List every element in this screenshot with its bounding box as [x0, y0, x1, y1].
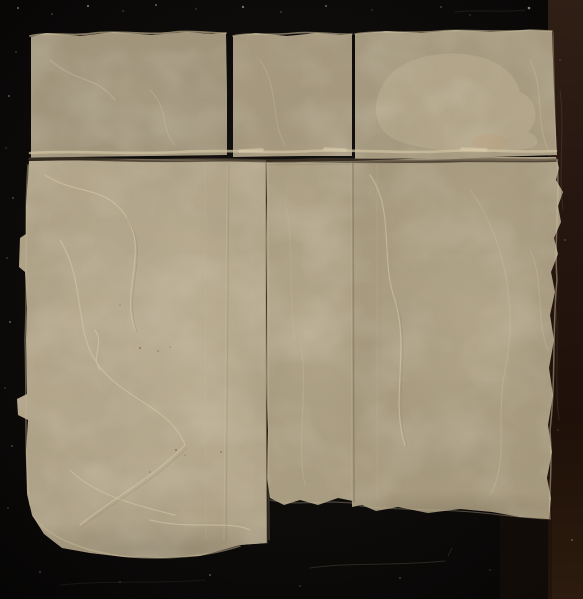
scanner-noise [0, 0, 583, 599]
scanner-artifacts [0, 0, 583, 599]
scanned-photo: Six torn pieces of tan vintage card stoc… [0, 0, 583, 599]
paper-scraps-scan: Scan of aged blank cardboard scraps on a… [0, 0, 583, 599]
